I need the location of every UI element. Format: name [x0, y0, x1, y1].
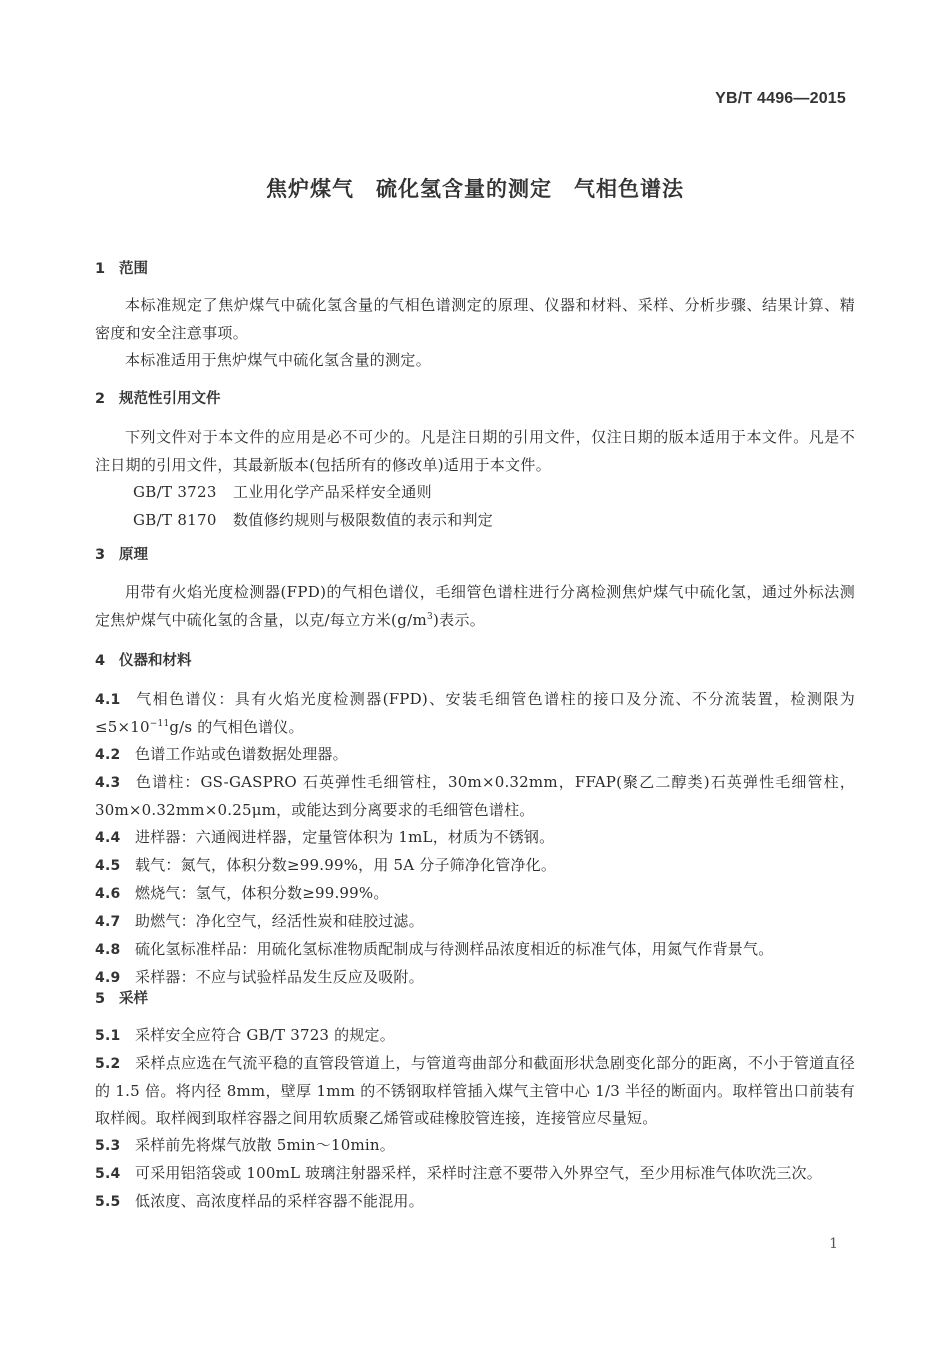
paragraph: 用带有火焰光度检测器(FPD)的气相色谱仪，毛细管色谱柱进行分离检测焦炉煤气中硫… — [95, 579, 855, 634]
document-page: YB/T 4496—2015 焦炉煤气 硫化氢含量的测定 气相色谱法 1范围 本… — [0, 0, 950, 1345]
clause-4-2: 4.2色谱工作站或色谱数据处理器。 — [95, 741, 855, 769]
section-scope-body: 本标准规定了焦炉煤气中硫化氢含量的气相色谱测定的原理、仪器和材料、采样、分析步骤… — [95, 292, 855, 375]
clause-5-2: 5.2采样点应选在气流平稳的直管段管道上，与管道弯曲部分和截面形状急剧变化部分的… — [95, 1050, 855, 1132]
section-heading: 4仪器和材料 — [95, 650, 855, 672]
section-heading: 1范围 — [95, 258, 855, 280]
reference-item: GB/T 3723工业用化学产品采样安全通则 — [95, 479, 855, 507]
reference-title: 工业用化学产品采样安全通则 — [233, 483, 432, 501]
section-references-body: 下列文件对于本文件的应用是必不可少的。凡是注日期的引用文件，仅注日期的版本适用于… — [95, 424, 855, 534]
section-scope: 1范围 — [95, 258, 855, 280]
clause-5-5: 5.5低浓度、高浓度样品的采样容器不能混用。 — [95, 1188, 855, 1216]
clause-4-4: 4.4进样器：六通阀进样器，定量管体积为 1mL，材质为不锈钢。 — [95, 824, 855, 852]
section-apparatus-body: 4.1气相色谱仪：具有火焰光度检测器(FPD)、安装毛细管色谱柱的接口及分流、不… — [95, 686, 855, 992]
standard-code: YB/T 4496—2015 — [715, 90, 846, 108]
section-apparatus: 4仪器和材料 — [95, 650, 855, 672]
clause-5-3: 5.3采样前先将煤气放散 5min～10min。 — [95, 1132, 855, 1160]
page-number: 1 — [829, 1236, 838, 1252]
reference-code: GB/T 8170 — [133, 507, 233, 535]
paragraph: 下列文件对于本文件的应用是必不可少的。凡是注日期的引用文件，仅注日期的版本适用于… — [95, 424, 855, 479]
clause-5-1: 5.1采样安全应符合 GB/T 3723 的规定。 — [95, 1022, 855, 1050]
paragraph: 本标准适用于焦炉煤气中硫化氢含量的测定。 — [95, 347, 855, 375]
section-principle-body: 用带有火焰光度检测器(FPD)的气相色谱仪，毛细管色谱柱进行分离检测焦炉煤气中硫… — [95, 579, 855, 634]
section-heading: 3原理 — [95, 544, 855, 566]
clause-4-7: 4.7助燃气：净化空气，经活性炭和硅胶过滤。 — [95, 908, 855, 936]
section-sampling: 5采样 — [95, 988, 855, 1010]
section-normative-references: 2规范性引用文件 — [95, 388, 855, 410]
clause-5-4: 5.4可采用铝箔袋或 100mL 玻璃注射器采样，采样时注意不要带入外界空气，至… — [95, 1160, 855, 1188]
clause-4-5: 4.5载气：氮气，体积分数≥99.99%，用 5A 分子筛净化管净化。 — [95, 852, 855, 880]
section-sampling-body: 5.1采样安全应符合 GB/T 3723 的规定。 5.2采样点应选在气流平稳的… — [95, 1022, 855, 1216]
clause-4-1: 4.1气相色谱仪：具有火焰光度检测器(FPD)、安装毛细管色谱柱的接口及分流、不… — [95, 686, 855, 741]
paragraph: 本标准规定了焦炉煤气中硫化氢含量的气相色谱测定的原理、仪器和材料、采样、分析步骤… — [95, 292, 855, 347]
section-heading: 5采样 — [95, 988, 855, 1010]
clause-4-8: 4.8硫化氢标准样品：用硫化氢标准物质配制成与待测样品浓度相近的标准气体，用氮气… — [95, 936, 855, 964]
reference-title: 数值修约规则与极限数值的表示和判定 — [233, 511, 493, 529]
reference-item: GB/T 8170数值修约规则与极限数值的表示和判定 — [95, 507, 855, 535]
section-heading: 2规范性引用文件 — [95, 388, 855, 410]
document-title: 焦炉煤气 硫化氢含量的测定 气相色谱法 — [0, 173, 950, 203]
clause-4-6: 4.6燃烧气：氢气，体积分数≥99.99%。 — [95, 880, 855, 908]
section-principle: 3原理 — [95, 544, 855, 566]
clause-4-3: 4.3色谱柱：GS-GASPRO 石英弹性毛细管柱，30m×0.32mm，FFA… — [95, 769, 855, 824]
reference-code: GB/T 3723 — [133, 479, 233, 507]
